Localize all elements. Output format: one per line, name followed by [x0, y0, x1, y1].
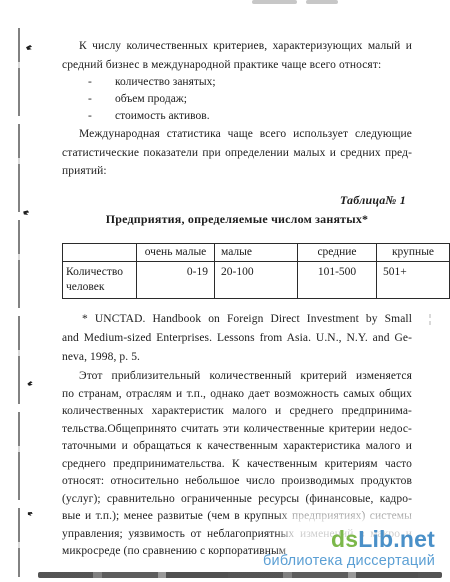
enterprise-size-table: очень малые малые средние крупные Количе…	[62, 243, 450, 299]
table-row: Количество человек 0-19 20-100 101-500 5…	[63, 262, 450, 299]
list-dash-marker: -	[88, 108, 115, 125]
table-cell: 101-500	[298, 262, 377, 299]
dslib-logo-suffix: Lib.net	[358, 526, 435, 552]
table-cell: 0-19	[137, 262, 215, 299]
text-line: количественных характеристик малого и ср…	[62, 403, 412, 421]
text-line: Международная статистика чаще всего испо…	[62, 125, 412, 144]
table-header-cell: малые	[215, 244, 298, 262]
scan-smudge-artifact	[252, 0, 297, 4]
table-header-cell	[63, 244, 137, 262]
list-item: -объем продаж;	[62, 91, 412, 108]
text-line: по странам, отраслям и т.п., однако дает…	[62, 386, 412, 404]
scan-bottom-band-artifact	[38, 572, 442, 578]
text-line: К числу количественных критериев, характ…	[62, 37, 412, 56]
scan-speck-artifact	[26, 45, 32, 50]
text-line: тельства.Общепринято считать эти количес…	[62, 421, 412, 439]
text-line: среднего предпринимательства. К качестве…	[62, 456, 412, 474]
text-line: приятий:	[62, 162, 412, 181]
table-header-cell: крупные	[377, 244, 450, 262]
scan-smudge-artifact	[306, 0, 338, 4]
list-item: -стоимость активов.	[62, 108, 412, 125]
table-caption: Таблица№ 1	[340, 193, 406, 208]
table-header-cell: очень малые	[137, 244, 215, 262]
table-header-row: очень малые малые средние крупные	[63, 244, 450, 262]
dslib-watermark: dsLib.net библиотека диссертаций	[175, 526, 435, 569]
list-item: -количество занятых;	[62, 74, 412, 91]
list-item-text: количество занятых;	[115, 76, 216, 88]
table-header-cell: средние	[298, 244, 377, 262]
scan-speck-artifact	[27, 381, 33, 386]
list-item-text: объем продаж;	[115, 93, 187, 105]
text-line: статистические показатели при определени…	[62, 144, 412, 163]
text-line: * UNCTAD. Handbook on Foreign Direct Inv…	[62, 310, 412, 329]
text-line: neva, 1998, p. 5.	[62, 348, 412, 367]
text-line: and Medium-sized Enterprises. Lessons fr…	[62, 329, 412, 348]
list-dash-marker: -	[88, 74, 115, 91]
list-item-text: стоимость активов.	[115, 110, 210, 122]
text-line: таточными и обращаться к качественным ха…	[62, 438, 412, 456]
table-cell: 20-100	[215, 262, 298, 299]
criteria-list: -количество занятых; -объем продаж; -сто…	[62, 74, 412, 124]
table-title: Предприятия, определяемые числом занятых…	[62, 212, 412, 227]
scanned-document-page: К числу количественных критериев, характ…	[0, 0, 450, 582]
scan-speck-artifact	[27, 510, 33, 516]
footnote-unctad: * UNCTAD. Handbook on Foreign Direct Inv…	[62, 310, 412, 367]
dslib-logo-prefix: ds	[331, 526, 358, 552]
scan-edge-line-artifact	[18, 28, 20, 577]
text-line: относят: относительно небольшое число пр…	[62, 473, 412, 491]
scan-speck-artifact	[22, 209, 29, 215]
text-line: средний бизнес в международной практике …	[62, 56, 412, 75]
text-line: (услуг); сравнительно ограниченные ресур…	[62, 491, 412, 509]
dslib-logo: dsLib.net	[175, 526, 435, 552]
list-dash-marker: -	[88, 91, 115, 108]
table-row-label: Количество человек	[63, 262, 137, 299]
watermark-subtitle: библиотека диссертаций	[175, 553, 435, 569]
text-line: Этот приблизительный количественный крит…	[62, 368, 412, 386]
paragraph-intro: К числу количественных критериев, характ…	[62, 37, 412, 74]
paragraph-statistics: Международная статистика чаще всего испо…	[62, 125, 412, 181]
scan-dash-artifact	[429, 314, 431, 328]
table-cell: 501+	[377, 262, 450, 299]
